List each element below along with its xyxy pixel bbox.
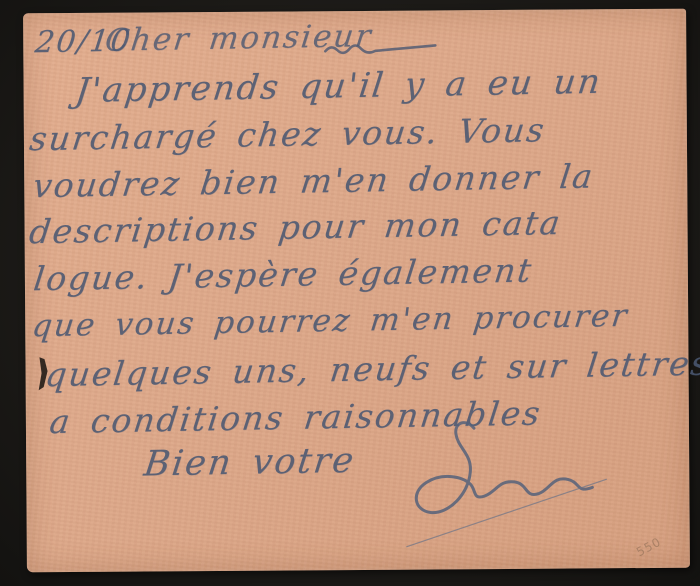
pencil-annotation: 550 xyxy=(634,535,663,560)
handwriting-line: J'apprends qu'il y a eu un xyxy=(73,62,604,111)
paper-tear-mark xyxy=(35,357,51,391)
pen-flourish xyxy=(323,36,438,59)
handwriting-line: que vous pourrez m'en procurer xyxy=(30,298,630,344)
signature-flourish xyxy=(396,417,617,554)
postcard: 20/10 Cher monsieur J'apprends qu'il y a… xyxy=(23,9,690,573)
handwriting-line: descriptions pour mon cata xyxy=(27,203,564,251)
handwriting-line: logue. J'espère également xyxy=(32,251,536,299)
handwriting-line: surchargé chez vous. Vous xyxy=(28,110,548,158)
handwriting-line: voudrez bien m'en donner la xyxy=(31,156,597,205)
handwriting-line: quelques uns, neufs et sur lettres . xyxy=(43,343,700,394)
scan-background: 20/10 Cher monsieur J'apprends qu'il y a… xyxy=(0,0,700,586)
closing: Bien votre xyxy=(142,441,358,485)
